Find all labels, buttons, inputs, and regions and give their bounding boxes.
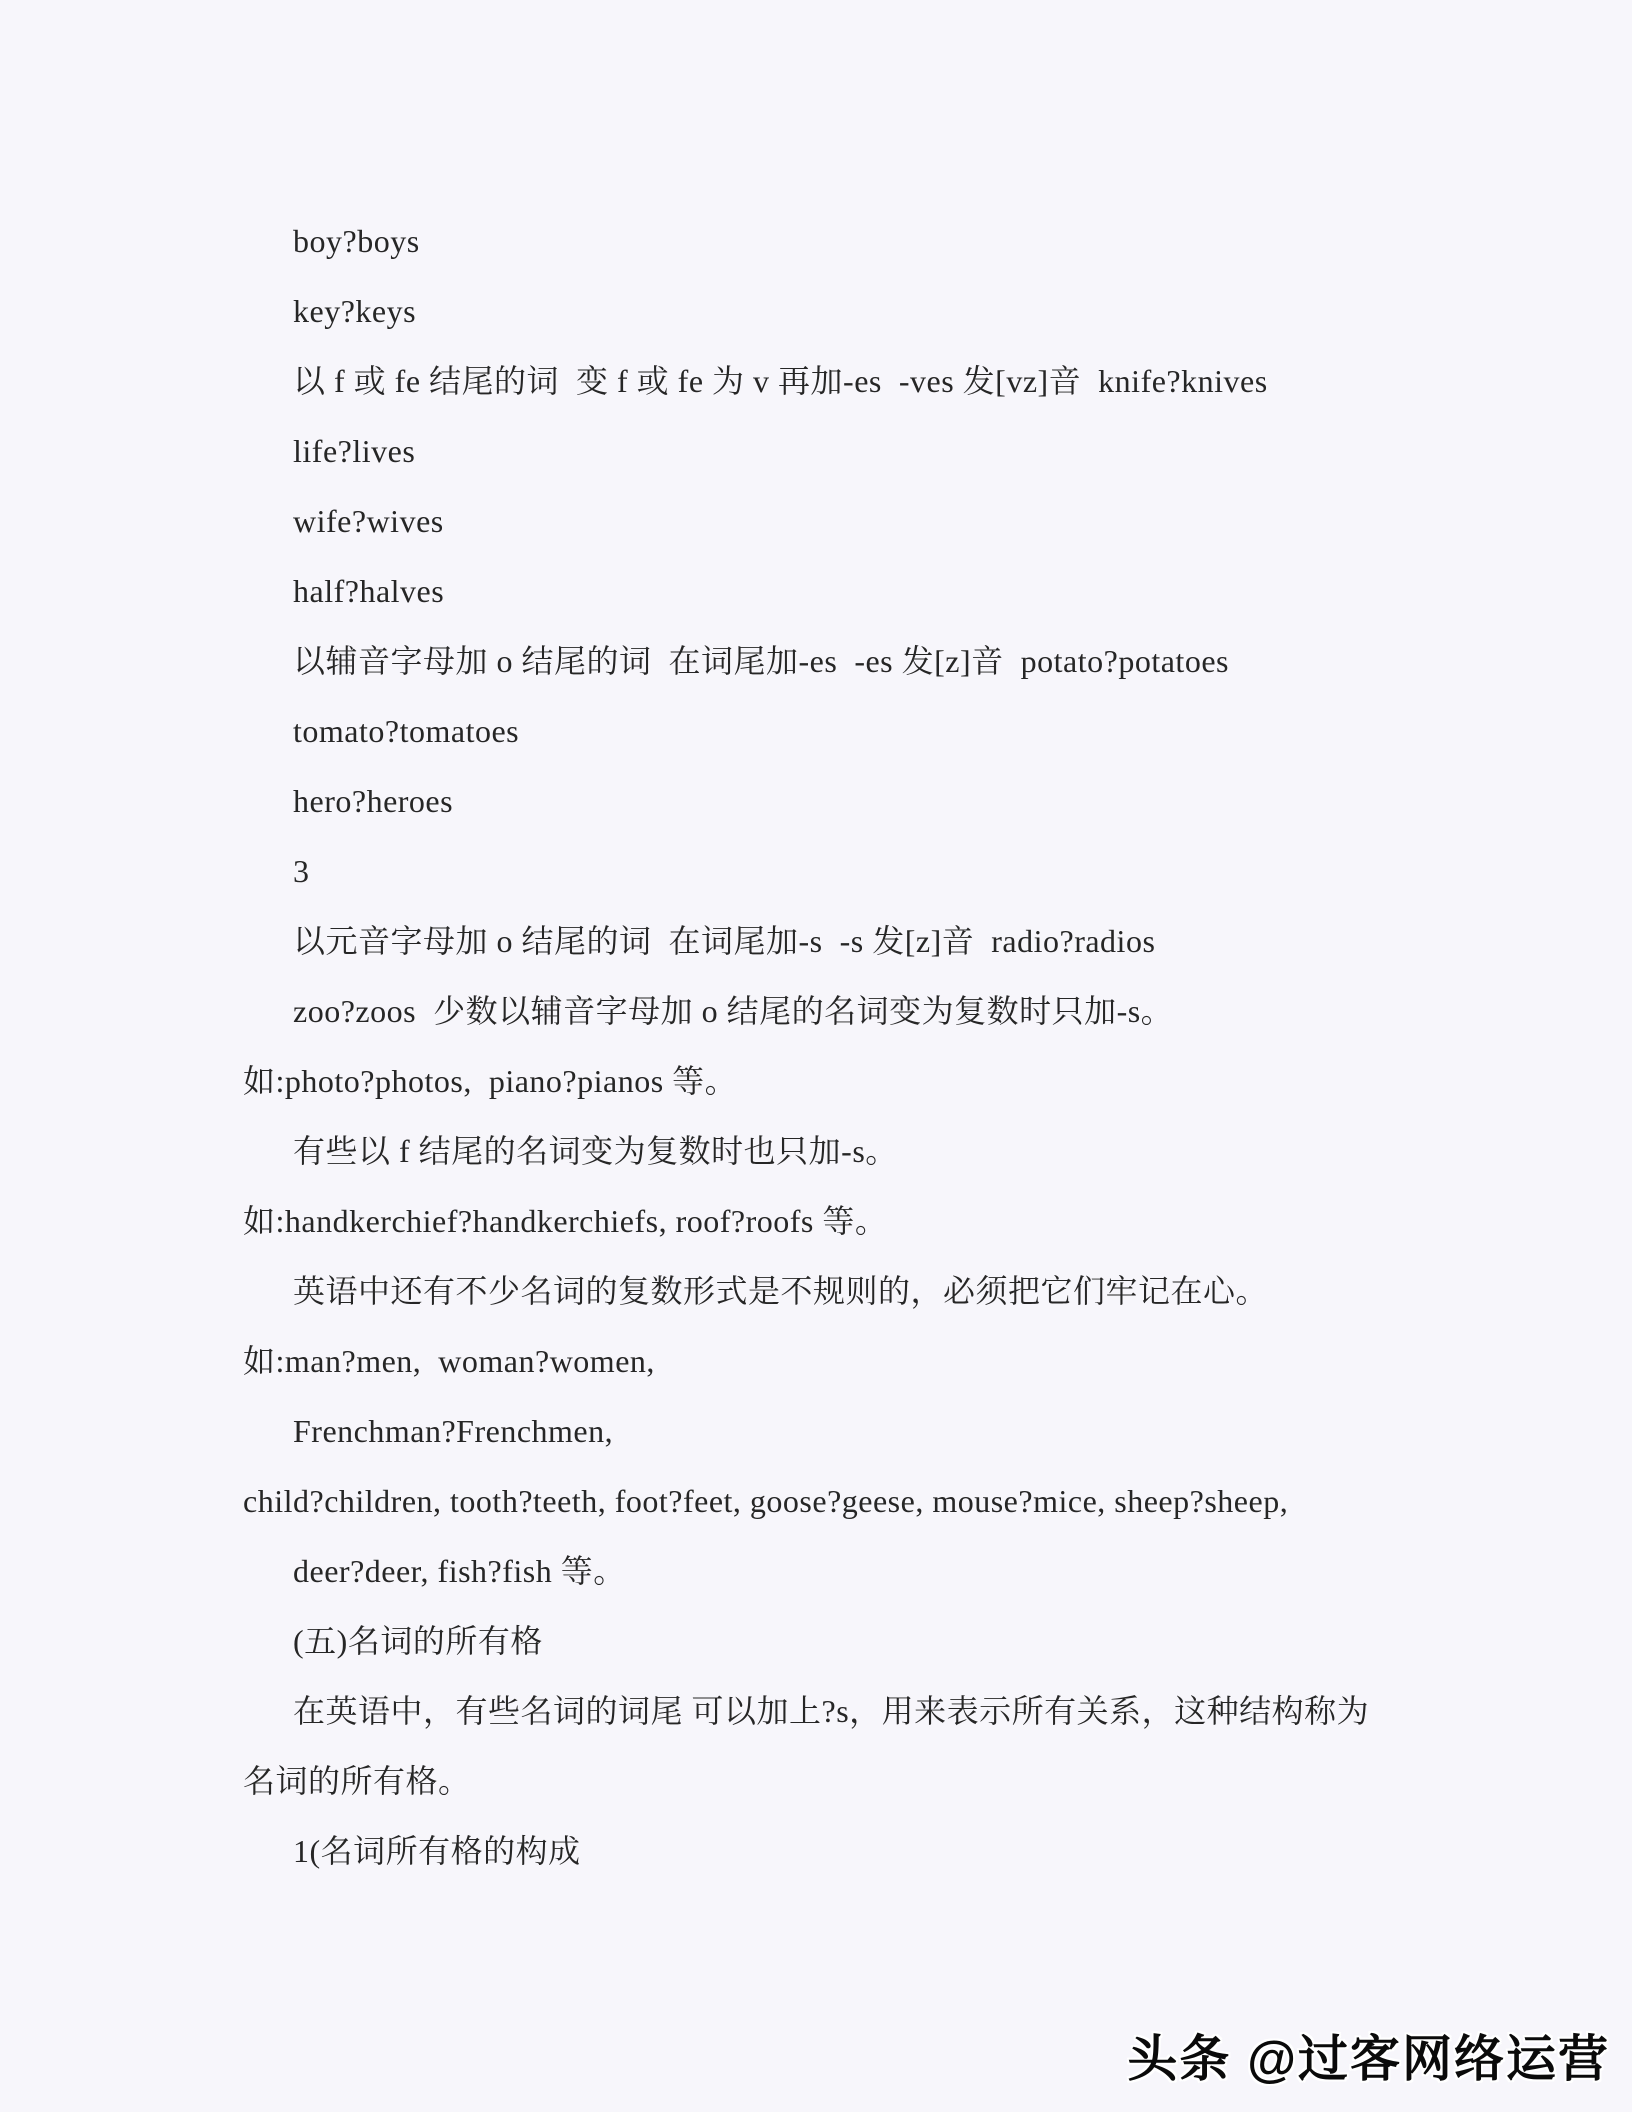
document-page: boy?boyskey?keys以 f 或 fe 结尾的词 变 f 或 fe 为… xyxy=(0,0,1632,2112)
text-line: tomato?tomatoes xyxy=(243,696,1492,766)
text-line: life?lives xyxy=(243,416,1492,486)
text-line: boy?boys xyxy=(243,206,1492,276)
text-line: hero?heroes xyxy=(243,766,1492,836)
text-line: zoo?zoos 少数以辅音字母加 o 结尾的名词变为复数时只加-s。 xyxy=(243,976,1492,1046)
text-line: key?keys xyxy=(243,276,1492,346)
text-line: 如:man?men, woman?women, xyxy=(243,1326,1492,1396)
text-line: 3 xyxy=(243,836,1492,906)
text-line: 英语中还有不少名词的复数形式是不规则的，必须把它们牢记在心。 xyxy=(243,1256,1492,1326)
text-line: 如:handkerchief?handkerchiefs, roof?roofs… xyxy=(243,1186,1492,1256)
text-line: 1(名词所有格的构成 xyxy=(243,1816,1492,1886)
text-line: 在英语中，有些名词的词尾 可以加上?s，用来表示所有关系，这种结构称为 xyxy=(243,1676,1492,1746)
text-line: (五)名词的所有格 xyxy=(243,1606,1492,1676)
text-line: wife?wives xyxy=(243,486,1492,556)
text-line: 名词的所有格。 xyxy=(243,1746,1492,1816)
text-line: half?halves xyxy=(243,556,1492,626)
document-body: boy?boyskey?keys以 f 或 fe 结尾的词 变 f 或 fe 为… xyxy=(243,206,1492,1886)
text-line: 以元音字母加 o 结尾的词 在词尾加-s -s 发[z]音 radio?radi… xyxy=(243,906,1492,976)
toutiao-watermark: 头条 @过客网络运营 xyxy=(1127,2032,1610,2087)
text-line: 以 f 或 fe 结尾的词 变 f 或 fe 为 v 再加-es -ves 发[… xyxy=(243,346,1492,416)
text-line: deer?deer, fish?fish 等。 xyxy=(243,1536,1492,1606)
text-line: 以辅音字母加 o 结尾的词 在词尾加-es -es 发[z]音 potato?p… xyxy=(243,626,1492,696)
text-line: Frenchman?Frenchmen, xyxy=(243,1396,1492,1466)
text-line: 有些以 f 结尾的名词变为复数时也只加-s。 xyxy=(243,1116,1492,1186)
text-line: child?children, tooth?teeth, foot?feet, … xyxy=(243,1466,1492,1536)
text-line: 如:photo?photos, piano?pianos 等。 xyxy=(243,1046,1492,1116)
